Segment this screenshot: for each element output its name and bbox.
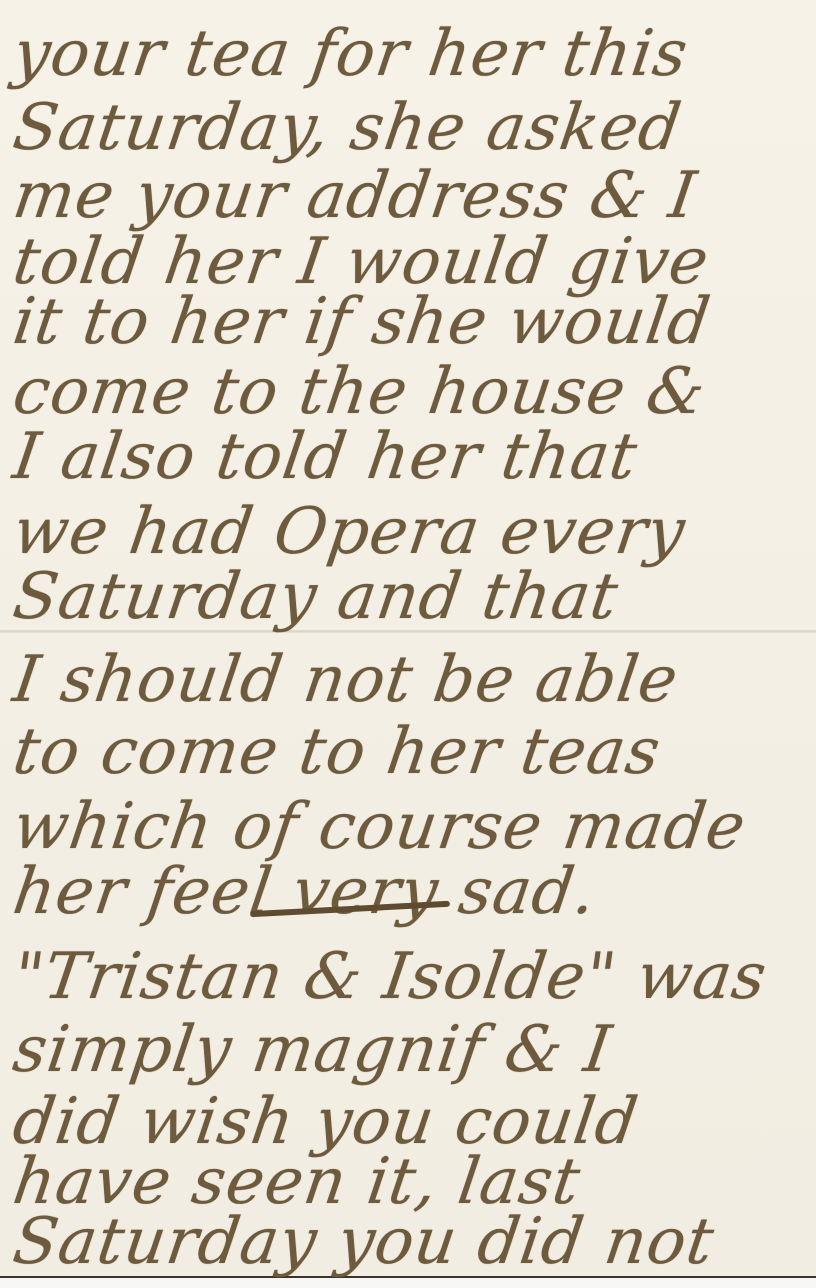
handwritten-line: we had Opera every xyxy=(10,500,690,564)
handwritten-line: which of course made xyxy=(10,795,750,859)
handwritten-line: me your address & I xyxy=(10,164,701,228)
handwritten-line: "Tristan & Isolde" was xyxy=(10,945,771,1009)
handwritten-line: I also told her that xyxy=(10,425,642,489)
handwritten-line: her feel very sad. xyxy=(10,860,601,924)
handwritten-line: Saturday, she asked xyxy=(10,96,686,160)
handwritten-line: to come to her teas xyxy=(10,720,665,784)
handwritten-line: Saturday you did not xyxy=(10,1210,719,1274)
handwritten-line: I should not be able xyxy=(10,648,683,712)
scan-background xyxy=(0,1278,816,1288)
handwritten-line: simply magnif & I xyxy=(10,1018,616,1082)
handwritten-line: come to the house & xyxy=(10,360,710,424)
handwritten-line: your tea for her this xyxy=(10,22,692,86)
handwritten-line: Saturday and that xyxy=(10,565,623,629)
handwritten-line: it to her if she would xyxy=(10,290,715,354)
